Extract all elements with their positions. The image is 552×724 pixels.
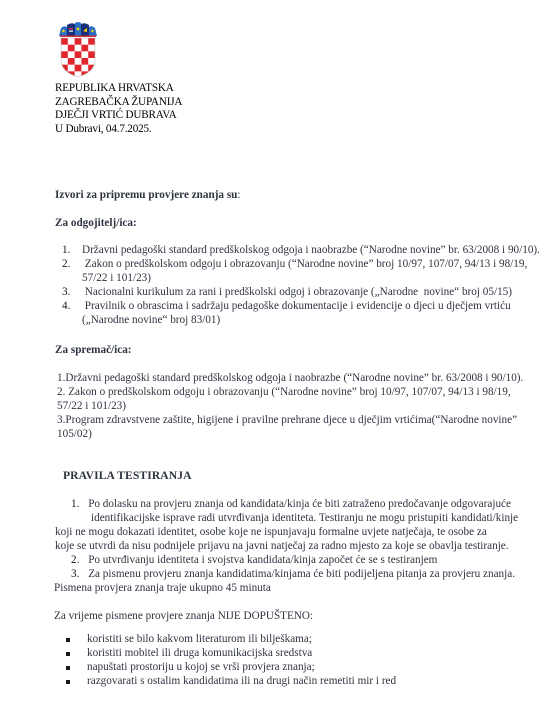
list-number: 1. xyxy=(71,498,79,510)
not-allowed-heading: Za vrijeme pismene provjere znanja NIJE … xyxy=(54,609,550,623)
list-item-text: razgovarati s ostalim kandidatima ili na… xyxy=(87,675,396,687)
list-item: 2. Zakon o predškolskom odgoju i obrazov… xyxy=(62,257,542,285)
educator-sources-list: 1. Državni pedagoški standard predškolsk… xyxy=(62,243,542,327)
list-number: 4. xyxy=(62,299,70,313)
cleaner-source-line: 57/22 i 101/23) xyxy=(57,399,547,413)
letterhead-place-date: U Dubravi, 04.7.2025. xyxy=(55,123,182,137)
list-number: 2. xyxy=(62,257,70,271)
croatian-coat-of-arms-logo xyxy=(57,20,99,78)
list-item-text: Pravilnik o obrascima i sadržaju pedagoš… xyxy=(82,299,542,313)
rules-list: 1. Po dolasku na provjeru znanja od kand… xyxy=(55,497,550,623)
list-item: 1. Državni pedagoški standard predškolsk… xyxy=(62,243,542,257)
letterhead-country: REPUBLIKA HRVATSKA xyxy=(55,82,182,96)
list-number: 1. xyxy=(62,243,70,257)
cleaner-sources-list: 1.Državni pedagoški standard predškolsko… xyxy=(57,371,547,441)
sources-heading-colon: : xyxy=(237,189,240,201)
list-item-text: Zakon o predškolskom odgoju i obrazovanj… xyxy=(82,257,542,271)
not-allowed-list: koristiti se bilo kakvom literaturom ili… xyxy=(66,632,396,688)
list-item-text: Nacionalni kurikulum za rani i predškols… xyxy=(82,285,542,299)
cleaner-heading: Za spremač/ica: xyxy=(55,343,132,357)
rules-title: PRAVILA TESTIRANJA xyxy=(63,469,192,483)
letterhead: REPUBLIKA HRVATSKA ZAGREBAČKA ŽUPANIJA D… xyxy=(55,82,182,136)
rule-text: Za pismenu provjeru znanja kandidatima/k… xyxy=(88,568,515,580)
bullet-icon xyxy=(66,666,70,670)
list-item-text-cont: („Narodne novine“ broj 83/01) xyxy=(82,313,542,327)
letterhead-institution: DJEČJI VRTIĆ DUBRAVA xyxy=(55,109,182,123)
educator-heading: Za odgojitelj/ica: xyxy=(55,216,137,230)
list-item: 3. Nacionalni kurikulum za rani i predšk… xyxy=(62,285,542,299)
list-item-text: Državni pedagoški standard predškolskog … xyxy=(82,243,542,257)
bullet-icon xyxy=(66,680,70,684)
rule-text-cont: identifikacijske isprave radi utvrđivanj… xyxy=(55,511,550,525)
letterhead-county: ZAGREBAČKA ŽUPANIJA xyxy=(55,96,182,110)
rule-text: Po dolasku na provjeru znanja od kandida… xyxy=(88,498,511,510)
rule-item-2: 2. Po utvrđivanju identiteta i svojstva … xyxy=(55,553,550,567)
cleaner-source-line: 1.Državni pedagoški standard predškolsko… xyxy=(57,371,547,385)
list-number: 2. xyxy=(71,554,79,566)
list-item-text: koristiti se bilo kakvom literaturom ili… xyxy=(87,633,312,645)
rule-text: Po utvrđivanju identiteta i svojstva kan… xyxy=(88,554,437,566)
list-item: razgovarati s ostalim kandidatima ili na… xyxy=(66,674,396,688)
rule-text-cont: koji ne mogu dokazati identitet, osobe k… xyxy=(55,525,550,539)
list-item-text: koristiti mobitel ili druga komunikacijs… xyxy=(87,647,312,659)
cleaner-source-line: 105/02) xyxy=(57,427,547,441)
list-number: 3. xyxy=(62,285,70,299)
rule-text-cont: koje se utvrdi da nisu podnijele prijavu… xyxy=(55,539,550,553)
list-number: 3. xyxy=(71,568,79,580)
list-item: 4. Pravilnik o obrascima i sadržaju peda… xyxy=(62,299,542,327)
list-item-text-cont: 57/22 i 101/23) xyxy=(82,271,542,285)
cleaner-source-line: 3.Program zdravstvene zaštite, higijene … xyxy=(57,413,547,427)
sources-heading: Izvori za pripremu provjere znanja su: xyxy=(55,188,241,202)
cleaner-source-line: 2. Zakon o predškolskom odgoju i obrazov… xyxy=(57,385,547,399)
list-item: koristiti se bilo kakvom literaturom ili… xyxy=(66,632,396,646)
sources-heading-text: Izvori za pripremu provjere znanja su xyxy=(55,189,237,201)
exam-duration: Pismena provjera znanja traje ukupno 45 … xyxy=(54,581,550,595)
rule-item-1: 1. Po dolasku na provjeru znanja od kand… xyxy=(55,497,550,511)
bullet-icon xyxy=(66,638,70,642)
list-item: napuštati prostoriju u kojoj se vrši pro… xyxy=(66,660,396,674)
rule-item-3: 3. Za pismenu provjeru znanja kandidatim… xyxy=(55,567,550,581)
list-item: koristiti mobitel ili druga komunikacijs… xyxy=(66,646,396,660)
list-item-text: napuštati prostoriju u kojoj se vrši pro… xyxy=(87,661,315,673)
bullet-icon xyxy=(66,652,70,656)
coat-of-arms-icon xyxy=(57,20,99,78)
